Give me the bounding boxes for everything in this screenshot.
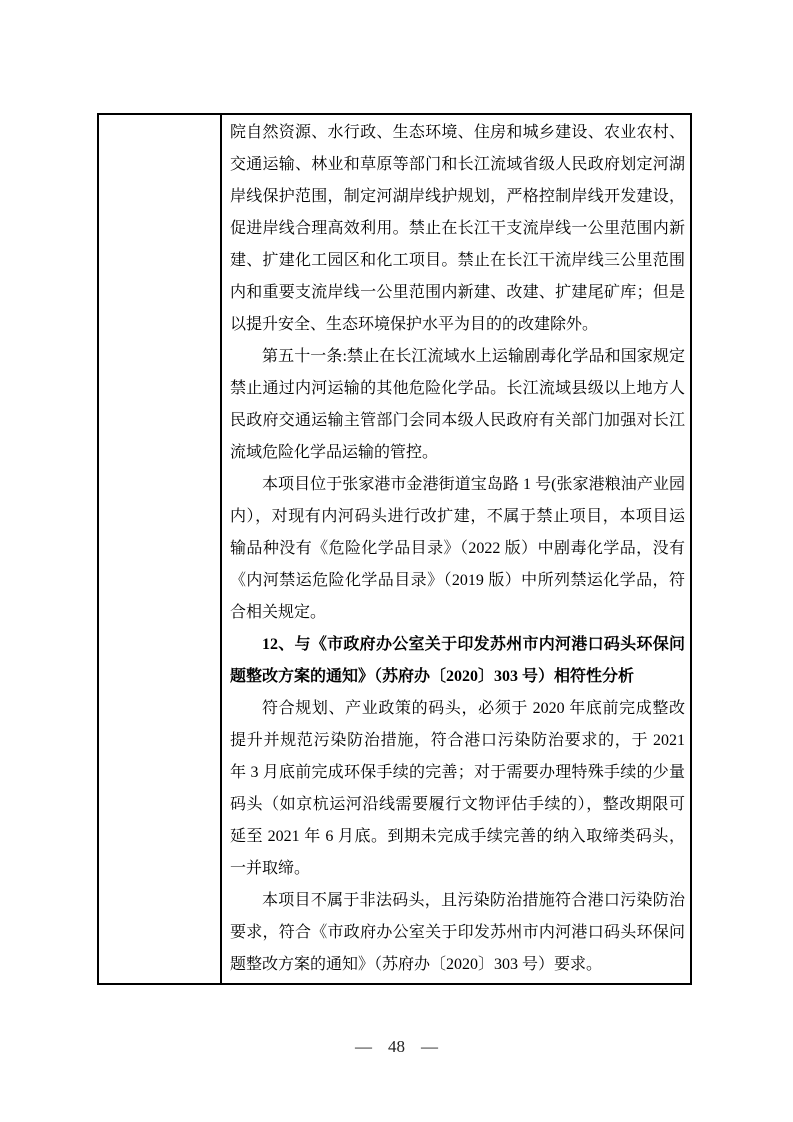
document-table: 院自然资源、水行政、生态环境、住房和城乡建设、农业农村、交通运输、林业和草原等部… [97,113,692,985]
table-left-cell [99,115,222,983]
paragraph: 院自然资源、水行政、生态环境、住房和城乡建设、农业农村、交通运输、林业和草原等部… [230,117,685,341]
footer-dash-right: — [421,1036,438,1058]
section-heading: 12、与《市政府办公室关于印发苏州市内河港口码头环保问题整改方案的通知》（苏府办… [230,629,685,693]
page-footer: — 48 — [0,1036,793,1058]
page-number: 48 [388,1036,405,1058]
paragraph: 本项目位于张家港市金港街道宝岛路 1 号(张家港粮油产业园内），对现有内河码头进… [230,469,685,629]
paragraph: 本项目不属于非法码头，且污染防治措施符合港口污染防治要求，符合《市政府办公室关于… [230,885,685,981]
paragraph: 符合规划、产业政策的码头，必须于 2020 年底前完成整改提升并规范污染防治措施… [230,693,685,885]
paragraph: 第五十一条:禁止在长江流域水上运输剧毒化学品和国家规定禁止通过内河运输的其他危险… [230,341,685,469]
footer-dash-left: — [355,1036,372,1058]
table-right-cell: 院自然资源、水行政、生态环境、住房和城乡建设、农业农村、交通运输、林业和草原等部… [222,115,690,983]
document-page: { "document": { "table": { "left_cell": … [0,0,793,1122]
